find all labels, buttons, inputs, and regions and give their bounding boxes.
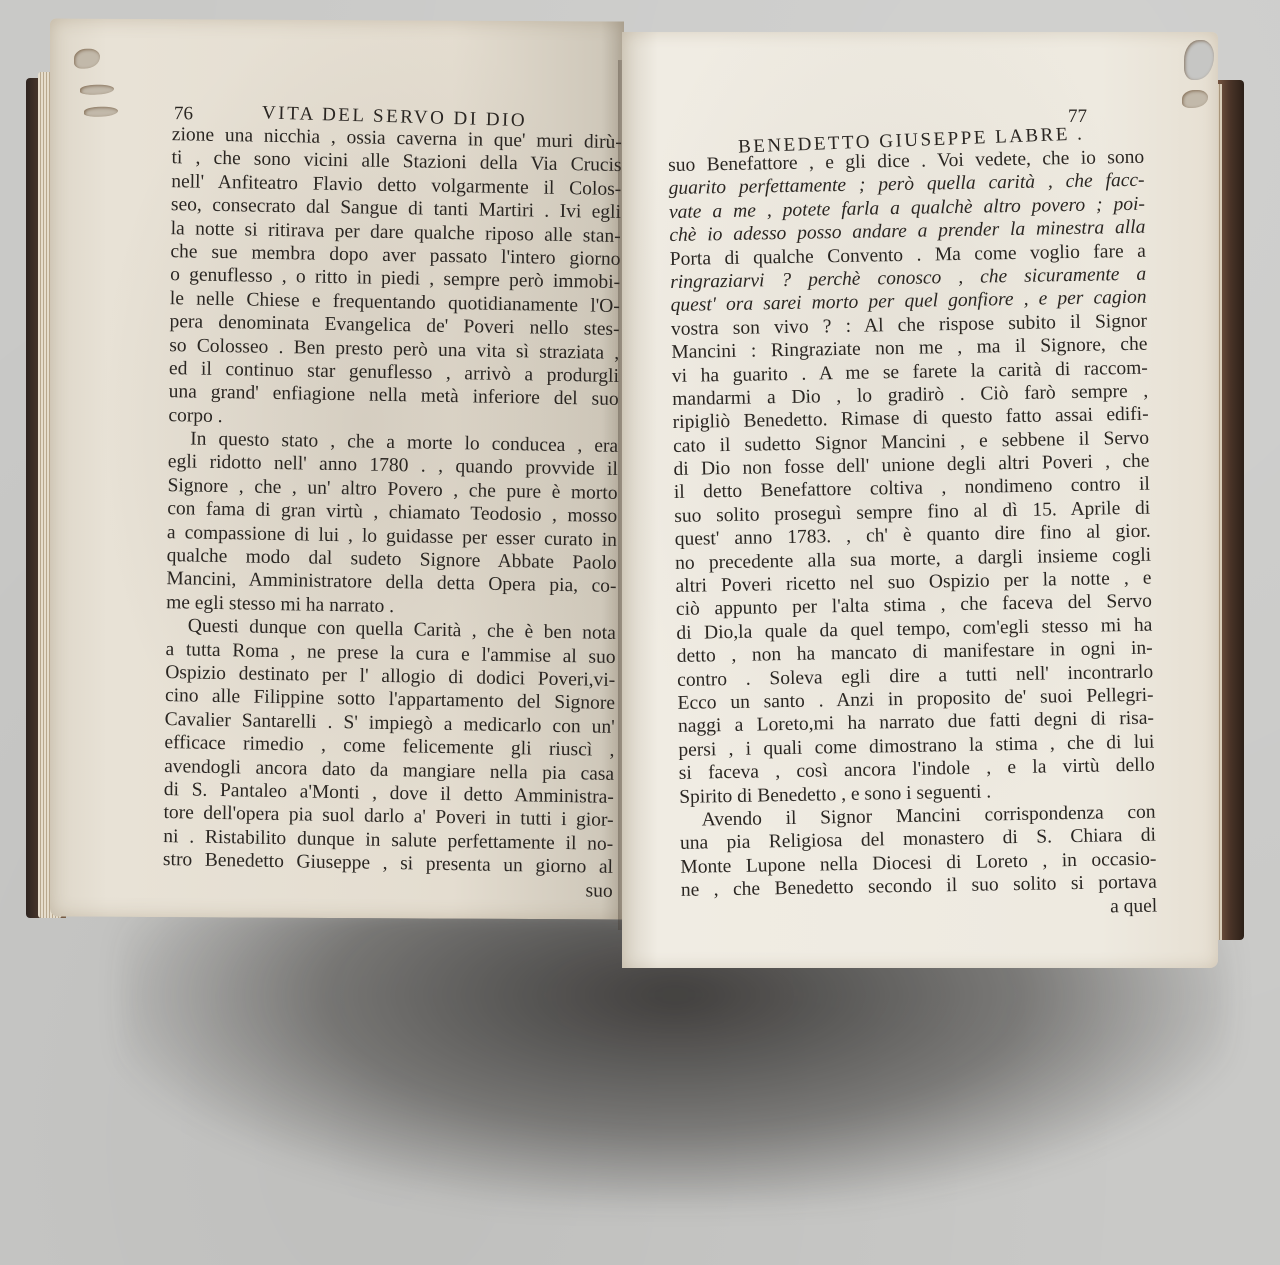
page-number: 76 <box>174 103 193 125</box>
page-damage <box>80 85 114 95</box>
page-text: zione una nicchia , ossia caverna in que… <box>163 123 622 903</box>
page-damage <box>1182 90 1208 108</box>
page-text: suo Benefattore , e gli dice . Voi vedet… <box>668 146 1157 926</box>
left-page: 76 VITA DEL SERVO DI DIO zione una nicch… <box>50 18 624 919</box>
right-page: 77 BENEDETTO GIUSEPPE LABRE . suo Benefa… <box>622 32 1218 968</box>
page-damage <box>74 49 100 69</box>
page-damage <box>1184 40 1214 80</box>
page-damage <box>84 107 118 117</box>
